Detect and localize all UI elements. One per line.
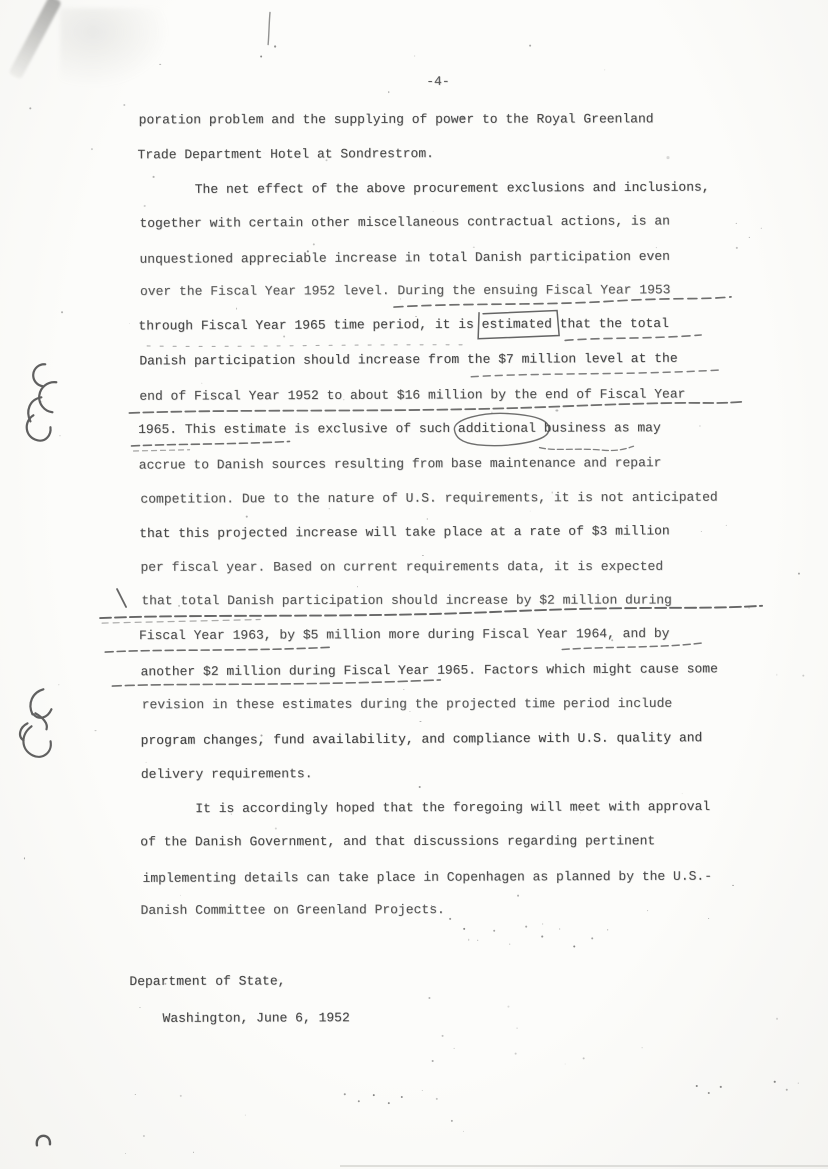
noise-speck	[436, 1098, 438, 1100]
noise-speck	[442, 1035, 444, 1037]
noise-speck	[153, 176, 155, 178]
noise-speck	[529, 510, 530, 511]
noise-speck	[29, 108, 31, 110]
noise-speck	[403, 689, 404, 690]
text-line: that total Danish participation should i…	[141, 584, 761, 619]
noise-speck	[541, 936, 543, 938]
noise-speck	[144, 205, 146, 207]
noise-speck	[667, 157, 669, 159]
noise-speck	[493, 930, 495, 932]
text-line: Fiscal Year 1963, by $5 million more dur…	[139, 616, 759, 653]
noise-speck	[607, 929, 608, 930]
noise-speck	[60, 435, 61, 436]
noise-speck	[299, 190, 301, 192]
noise-speck	[331, 395, 333, 397]
noise-speck	[357, 586, 358, 587]
noise-speck	[585, 603, 586, 604]
noise-speck	[415, 315, 417, 317]
text-line: unquestioned appreciable increase in tot…	[139, 239, 759, 277]
noise-speck	[583, 1057, 585, 1059]
bottom-horseshoe-mark	[37, 1136, 50, 1146]
noise-speck	[776, 1018, 778, 1020]
margin-scribble-upper	[27, 364, 57, 440]
noise-speck	[358, 1100, 360, 1102]
noise-speck	[420, 721, 422, 723]
text-line: revision in these estimates during the p…	[142, 686, 762, 722]
noise-speck	[91, 148, 92, 149]
noise-speck	[41, 401, 42, 402]
noise-speck	[429, 997, 431, 999]
page-content: -4- poration problem and the supplying o…	[0, 0, 828, 1169]
noise-speck	[260, 56, 262, 58]
noise-speck	[529, 44, 531, 46]
top-tick-dot	[274, 45, 276, 47]
text-line: another $2 million during Fiscal Year 19…	[141, 652, 761, 690]
page-number: -4-	[426, 74, 449, 89]
noise-speck	[556, 409, 558, 411]
noise-speck	[414, 55, 416, 57]
noise-speck	[682, 793, 683, 794]
signature-date: Washington, June 6, 1952	[129, 999, 349, 1037]
noise-speck	[125, 1153, 126, 1154]
noise-speck	[193, 1151, 195, 1153]
text-line: per fiscal year. Based on current requir…	[140, 550, 760, 585]
noise-speck	[61, 311, 63, 313]
text-line: poration problem and the supplying of po…	[139, 102, 759, 138]
noise-speck	[283, 335, 285, 337]
noise-speck	[454, 1048, 455, 1049]
noise-speck	[477, 940, 478, 941]
document-page: -4- poration problem and the supplying o…	[0, 0, 828, 1169]
noise-speck	[777, 674, 778, 675]
noise-speck	[463, 1131, 464, 1132]
noise-speck	[736, 223, 737, 224]
document-body: poration problem and the supplying of po…	[138, 102, 761, 930]
noise-speck	[58, 684, 60, 686]
noise-speck	[573, 945, 575, 947]
noise-speck	[164, 983, 166, 985]
noise-speck	[580, 812, 581, 813]
noise-speck	[708, 1092, 710, 1094]
noise-speck	[422, 555, 424, 557]
noise-speck	[525, 926, 527, 928]
noise-speck	[245, 1114, 247, 1116]
noise-speck	[328, 508, 329, 509]
noise-speck	[135, 1094, 136, 1095]
margin-scribble-lower	[20, 689, 52, 757]
noise-speck	[761, 228, 762, 229]
noise-speck	[591, 937, 593, 939]
noise-speck	[373, 1094, 375, 1096]
noise-speck	[24, 857, 26, 859]
noise-speck	[426, 518, 428, 520]
pencil-margin-tick	[117, 589, 126, 607]
noise-speck	[559, 928, 560, 929]
noise-speck	[401, 1096, 403, 1098]
noise-speck	[798, 572, 800, 574]
noise-speck	[307, 250, 309, 252]
noise-speck	[388, 91, 390, 93]
noise-speck	[748, 607, 750, 609]
noise-speck	[726, 525, 727, 526]
noise-speck	[736, 247, 738, 249]
top-tick-mark	[268, 12, 270, 44]
noise-speck	[540, 701, 542, 703]
noise-speck	[641, 1048, 642, 1049]
noise-speck	[604, 69, 605, 70]
text-line: end of Fiscal Year 1952 to about $16 mil…	[139, 377, 759, 414]
text-line: Danish participation should increase fro…	[139, 341, 759, 378]
noise-speck	[212, 121, 214, 123]
noise-speck	[517, 1028, 518, 1029]
noise-speck	[509, 944, 510, 945]
text-line: It is accordingly hoped that the foregoi…	[140, 790, 760, 827]
noise-speck	[462, 117, 464, 119]
noise-speck	[749, 237, 750, 238]
noise-speck	[178, 605, 180, 607]
text-line: together with certain other miscellaneou…	[139, 204, 759, 241]
text-line: accrue to Danish sources resulting from …	[139, 446, 759, 483]
text-line: implementing details can take place in C…	[142, 859, 762, 896]
text-line: The net effect of the above procurement …	[140, 170, 760, 207]
text-line: competition. Due to the nature of U.S. r…	[140, 481, 760, 518]
noise-speck	[786, 1089, 788, 1091]
noise-speck	[400, 298, 402, 300]
text-line: program changes, fund availability, and …	[141, 721, 761, 759]
noise-speck	[696, 1085, 698, 1087]
noise-speck	[451, 1120, 453, 1122]
noise-speck	[449, 918, 451, 920]
noise-speck	[463, 928, 465, 930]
noise-speck	[564, 1064, 565, 1065]
text-line: Trade Department Hotel at Sondrestrom.	[137, 136, 757, 173]
noise-speck	[720, 1086, 722, 1088]
noise-speck	[143, 1135, 145, 1137]
text-line: delivery requirements.	[141, 756, 761, 793]
text-line: over the Fiscal Year 1952 level. During …	[140, 273, 760, 309]
noise-speck	[129, 323, 130, 324]
text-line: of the Danish Government, and that discu…	[140, 824, 760, 860]
noise-speck	[95, 730, 96, 731]
noise-speck	[798, 1083, 799, 1084]
text-line: that this projected increase will take p…	[139, 514, 759, 552]
noise-speck	[803, 675, 805, 677]
speckle-layer	[0, 0, 826, 1]
noise-speck	[313, 243, 315, 245]
text-line: through Fiscal Year 1965 time period, it…	[138, 307, 758, 344]
noise-speck	[388, 1102, 390, 1104]
text-line: Danish Committee on Greenland Projects.	[140, 892, 760, 928]
noise-speck	[344, 1093, 346, 1095]
scan-edge-line	[340, 1165, 828, 1167]
noise-speck	[246, 516, 248, 518]
noise-speck	[774, 1081, 776, 1083]
signature-block: Department of State, Washington, June 6,…	[129, 962, 349, 1037]
noise-speck	[417, 225, 419, 227]
noise-speck	[432, 1060, 434, 1062]
noise-speck	[422, 1090, 423, 1091]
noise-speck	[514, 1053, 516, 1055]
noise-speck	[159, 63, 161, 65]
noise-speck	[123, 104, 125, 106]
text-line: 1965. This estimate is exclusive of such…	[138, 410, 758, 446]
noise-speck	[418, 786, 420, 788]
noise-speck	[324, 1018, 325, 1019]
noise-speck	[468, 939, 469, 940]
signature-org: Department of State,	[129, 962, 349, 1000]
noise-speck	[180, 1095, 182, 1097]
noise-speck	[508, 1006, 510, 1008]
noise-speck	[647, 910, 648, 911]
